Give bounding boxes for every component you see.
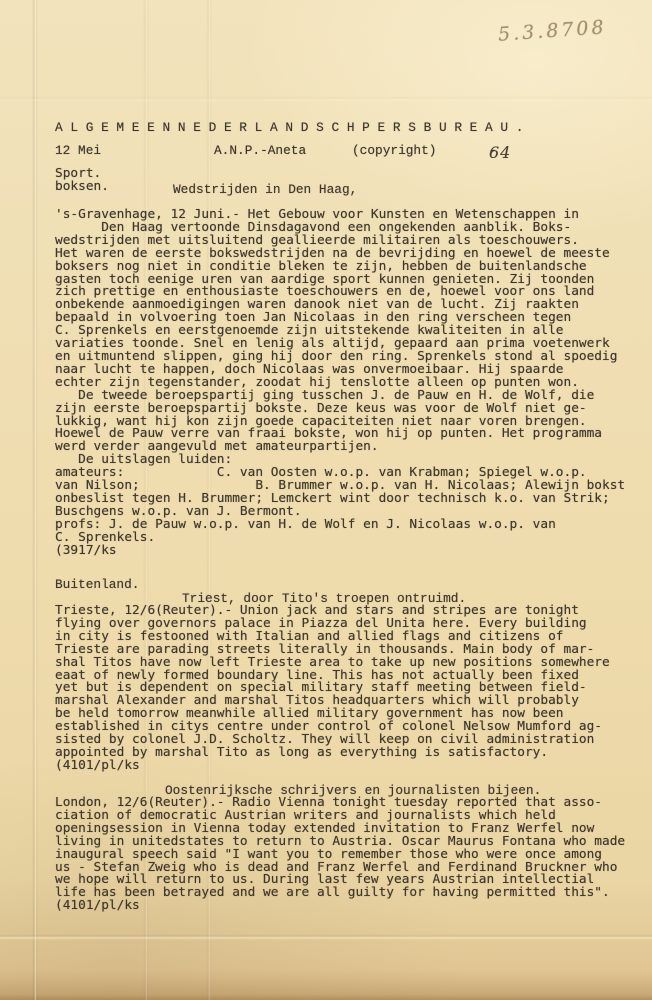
press-bureau-title: A L G E M E E N N E D E R L A N D S C H … xyxy=(55,121,523,134)
document-page: 5.3.8708 A L G E M E E N N E D E R L A N… xyxy=(0,0,652,1000)
vienna-body: London, 12/6(Reuter).- Radio Vienna toni… xyxy=(55,797,625,913)
archive-stamp: 5.3.8708 xyxy=(497,16,607,46)
page-number-suffix: - xyxy=(489,143,497,158)
trieste-body: Trieste, 12/6(Reuter).- Union jack and s… xyxy=(55,605,610,773)
dateline-row: 12 Mei A.N.P.-Aneta (copyright) - 64 - xyxy=(0,143,652,161)
agency-name: A.N.P.-Aneta xyxy=(214,143,306,158)
dateline-date: 12 Mei xyxy=(55,143,101,158)
sport-heading: Wedstrijden in Den Haag, xyxy=(173,182,357,197)
fold-crease-horizontal-bottom xyxy=(0,934,652,940)
sport-body: 's-Gravenhage, 12 Juni.- Het Gebouw voor… xyxy=(55,209,625,557)
copyright-label: (copyright) xyxy=(352,143,436,158)
fold-crease-horizontal-top xyxy=(0,96,652,102)
buitenland-label: Buitenland. xyxy=(55,577,139,592)
sport-rubric: Sport. boksen. xyxy=(55,168,109,194)
